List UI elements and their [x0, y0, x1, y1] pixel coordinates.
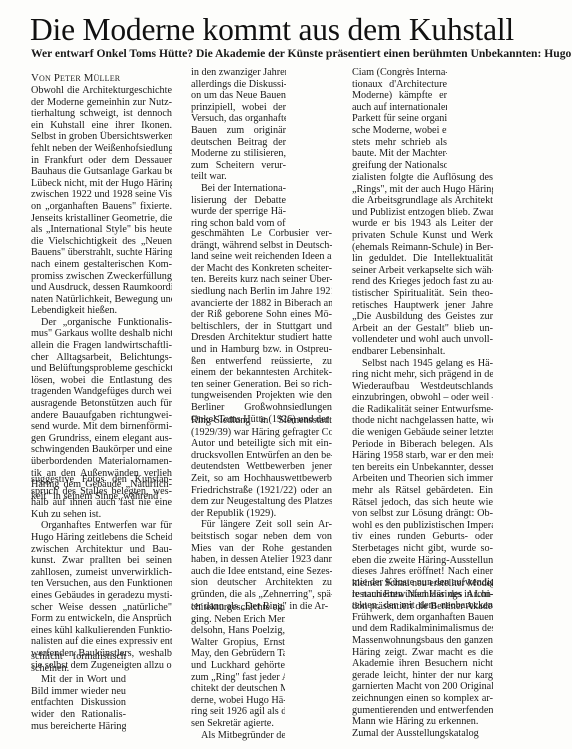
text-line: Massenwohnungsbaus den ganzen	[352, 635, 493, 647]
text-line: land seine weit reichenden Ideen an	[191, 251, 332, 263]
text-line: ring seit 1926 agil als des-	[191, 706, 285, 718]
text-line: „Rings", mit der auch Hugo Häring	[352, 184, 493, 196]
text-line: deutendsten Wettbewerben jener	[191, 461, 332, 473]
text-line: zwischen Architektur und Bau-	[31, 544, 172, 556]
text-line: Autor und beteiligte sich mit ein-	[191, 438, 332, 450]
text-line: derne, wobei Hugo Hä-	[191, 695, 285, 707]
text-line: nalisten auf die eines expressiv ent-	[31, 636, 172, 648]
text-line: deutschen Beitrag der	[191, 137, 286, 149]
text-line: fehlt neben der Weißenhofsiedlung	[31, 143, 172, 155]
text-line: Zumal der Ausstellungskatalog	[352, 728, 493, 740]
text-line: Mann wie Häring zu erkennen.	[352, 716, 493, 728]
text-line: gerade leicht, hinter der nur karg	[352, 670, 493, 682]
text-line: in den zwanziger Jahren	[191, 67, 286, 79]
text-line: die Vielschichtigkeit des „Neuen	[31, 236, 172, 248]
text-line: May, den Gebrüdern Taut	[191, 648, 285, 660]
text-line: die wenigen Gebäude seiner letzten	[352, 427, 493, 439]
text-line: beitstisch sogar neben dem von	[191, 531, 332, 543]
text-line: (ehemals Reimann-Schule) in Ber-	[352, 242, 493, 254]
text-line: und Ausdruck, dessen Raumkoordi-	[31, 282, 172, 294]
text-line: eines Gebäudes in geradezu mysti-	[31, 590, 172, 602]
text-line: andere Bauaufgaben richtungwei-	[31, 410, 172, 422]
text-line: Rätsel jedoch, das sich heute wie	[352, 497, 493, 509]
text-line: in Frankfurt oder dem Dessauer	[31, 155, 172, 167]
text-line: sion deutscher Architekten zu	[191, 577, 332, 589]
text-line: auch die Idee entstand, eine Sezes-	[191, 566, 332, 578]
text-line: überbordenden Materialornamen-	[31, 456, 172, 468]
text-line: allerdings die Diskussi-	[191, 79, 286, 91]
text-line: entfachten Diskussion	[31, 697, 126, 709]
text-line: Selbst nach 1945 gelang es Hä-	[352, 358, 493, 370]
text-line: eben die zweite Häring-Ausstellung	[352, 555, 493, 567]
column-3-block-c: mie der Künste nun den aufwendigrestauri…	[352, 577, 493, 739]
text-line: sche Moderne, wobei er	[352, 125, 447, 137]
text-line: mus" Garkaus wollte deshalb nicht	[31, 328, 172, 340]
text-line: mus bereicherte Häring	[31, 721, 126, 733]
text-line: scheinen.	[31, 663, 126, 675]
text-line: zahllosen, zumeist unverwirklich-	[31, 567, 172, 579]
text-line: Versuch, das organhafte	[191, 113, 286, 125]
text-line: Periode in Biberach belegen. Als	[352, 439, 493, 451]
text-line: Jenseits kristalliner Geometrie, die	[31, 213, 172, 225]
text-line: Ring-Siedlung in Siemensstadt	[191, 415, 332, 427]
text-line: und dem Radikalminimalismus des	[352, 623, 493, 635]
text-line: einem der bekanntesten Architek-	[191, 367, 332, 379]
text-line: der Moderne gemeinhin zur Nutz-	[31, 97, 172, 109]
text-line: Moderne) kämpfte er	[352, 90, 447, 102]
text-line: tragenden Wandgefüges durch weit	[31, 386, 172, 398]
text-line: delsohn, Hans Poelzig,	[191, 625, 285, 637]
text-line: gen Grundriss, einem elegant aus-	[31, 433, 172, 445]
text-line: kunst. Zwar prallten bei seinen	[31, 555, 172, 567]
text-line: der Macht des Konkreten scheiter-	[191, 263, 332, 275]
text-line: Zeit, so am Hochhauswettbewerb	[191, 473, 332, 485]
text-line: Bild immer wieder neu	[31, 686, 126, 698]
text-line: Bauens" überstrahlt, suchte Häring	[31, 247, 172, 259]
text-line: Bauhaus die Gutsanlage Garkau bei	[31, 166, 172, 178]
text-line: promiss zwischen Zweckerfüllung	[31, 271, 172, 283]
text-line: haben, in dessen Atelier 1923 dann	[191, 554, 332, 566]
text-line: allein die Fragen landwirtschaftli-	[31, 340, 172, 352]
text-line: stets mehr schrieb als	[352, 137, 447, 149]
text-line: baute. Mit der Machter-	[352, 148, 447, 160]
text-line: zum Scheitern verur-	[191, 160, 286, 172]
text-line: wurde er bis 1943 als Leiter der	[352, 218, 493, 230]
column-3-block-a: Ciam (Congrès Interna-tionaux d'Architec…	[352, 67, 447, 171]
column-1-block-a: Obwohl die Architekturgeschichteder Mode…	[31, 85, 172, 502]
text-line: greifung der Nationalso-	[352, 160, 447, 172]
text-line: Mies van der Rohe gestanden	[191, 543, 332, 555]
text-line: Lebendigkeit hießen.	[31, 305, 172, 317]
text-line: zialisten folgte die Auflösung des	[352, 172, 493, 184]
text-line: restaurierten Nachlass des Archi-	[352, 589, 493, 601]
text-line: drängt, während selbst in Deutsch-	[191, 240, 332, 252]
column-3-block-b: zialisten folgte die Auflösung des„Rings…	[352, 172, 493, 613]
text-line: Sterbetages nicht gibt, wurde so-	[352, 543, 493, 555]
text-line: Arbeit an der Gestalt" blieb un-	[352, 323, 493, 335]
text-line: ausragende Betonstützen auch für	[31, 398, 172, 410]
text-line: Berliner Großwohnsiedlungen	[191, 402, 332, 414]
text-line: tungweisenden Projekten wie den	[191, 390, 332, 402]
text-line: Als Mitbegründer des	[191, 730, 285, 742]
text-line: halb auf ihnen auch fast nie eine	[31, 497, 172, 509]
text-line: garnierten Macht von 200 Original-	[352, 681, 493, 693]
text-line: ten bereits ein Unbekannter, dessen	[352, 462, 493, 474]
text-line: und Belüftungsprobleme geschickt	[31, 363, 172, 375]
text-line: und Luckhard gehörte	[191, 660, 285, 672]
text-line: suggestive Fotos den Kunstan-	[31, 474, 172, 486]
text-line: tionaux d'Architecture	[352, 79, 447, 91]
column-2-block-b: geschmähten Le Corbusier ver-drängt, wäh…	[191, 228, 332, 425]
text-line: tiv eines runden Geburts- oder	[352, 531, 493, 543]
column-2-block-d: chitekturgeschichte ein-ging. Neben Eric…	[191, 602, 285, 741]
text-line: Mit der in Wort und	[31, 674, 126, 686]
text-line: vollendeter und wohl auch unvoll-	[352, 334, 493, 346]
text-line: lisierung der Debatte	[191, 195, 286, 207]
text-line: schlicht formalistisch	[31, 651, 126, 663]
text-line: geschmähten Le Corbusier ver-	[191, 228, 332, 240]
text-line: der Riß geborene Sohn eines Mö-	[191, 309, 332, 321]
text-line: als „International Style" bis heute	[31, 224, 172, 236]
text-line: avancierte der 1882 in Biberach an	[191, 298, 332, 310]
text-line: Parkett für seine organi-	[352, 113, 447, 125]
text-line: chitekt der deutschen Mo-	[191, 683, 285, 695]
text-line: beltischlers, der in Stuttgart und	[191, 321, 332, 333]
text-line: wurde der sperrige Hä-	[191, 206, 286, 218]
text-line: Bauen zum originär	[191, 125, 286, 137]
text-line: naten Natürlichkeit, Bewegung und	[31, 294, 172, 306]
text-line: Häring zeigt. Zwar macht es die	[352, 647, 493, 659]
text-line: mehr als Rätsel gebärdeten. Ein	[352, 485, 493, 497]
text-line: privaten Schule Kunst und Werk	[352, 230, 493, 242]
headline: Die Moderne kommt aus dem Kuhstall	[30, 14, 514, 46]
text-line: ten seiner Generation. Bei so rich-	[191, 379, 332, 391]
text-line: tekten, der mit dem neobarocken	[352, 600, 493, 612]
text-line: Kuh zu sehen ist.	[31, 509, 172, 521]
text-line: prinzipiell, wobei der	[191, 102, 286, 114]
text-line: Akademie ihren Besuchern nicht	[352, 658, 493, 670]
text-line: siedlung nach Berlin im Jahre 1921	[191, 286, 332, 298]
text-line: Frühwerk, dem organhaften Bauen	[352, 612, 493, 624]
text-line: Walter Gropius, Ernst	[191, 637, 285, 649]
text-line: Ciam (Congrès Interna-	[352, 67, 447, 79]
text-line: Organhaftes Entwerfen war für	[31, 520, 172, 532]
text-line: von selbst zur Lösung drängt: Ob-	[352, 508, 493, 520]
text-line: mie der Künste nun den aufwendig	[352, 577, 493, 589]
text-line: wohl es den publizistischen Impera-	[352, 520, 493, 532]
subheadline: Wer entwarf Onkel Toms Hütte? Die Akadem…	[31, 47, 572, 60]
text-line: send wurde. Mit dem birnenförmi-	[31, 421, 172, 433]
text-line: schwingenden Baukörper und einer	[31, 444, 172, 456]
text-line: thode nicht nachgelassen hatte, wie	[352, 415, 493, 427]
column-1-block-c: schlicht formalistischscheinen.Mit der i…	[31, 651, 126, 732]
text-line: und in Hamburg bzw. in Ostpreu-	[191, 344, 332, 356]
text-line: die Arbeitsgrundlage als Architekt	[352, 195, 493, 207]
text-line: spruch des Stalles belegten, wes-	[31, 486, 172, 498]
text-line: Form zu entwickeln, die Ansprüche	[31, 613, 172, 625]
text-line: cher Alltagsarbeit, Belichtungs-	[31, 352, 172, 364]
text-line: scher Weise dessen „natürliche"	[31, 602, 172, 614]
text-line: Für längere Zeit soll sein Ar-	[191, 519, 332, 531]
text-line: Moderne zu stilisieren,	[191, 148, 286, 160]
text-line: ein Kuhstall eine ihrer Ikonen.	[31, 120, 172, 132]
text-line: nach einem gestalterischen Kom-	[31, 259, 172, 271]
text-line: Der „organische Funktionalis-	[31, 317, 172, 329]
column-1-block-b: suggestive Fotos den Kunstan-spruch des …	[31, 474, 172, 671]
text-line: Hugo Häring zeitlebens die Scheide	[31, 532, 172, 544]
byline: Von Peter Müller	[31, 72, 120, 84]
text-line: Arbeiten und Theorien sich immer	[352, 473, 493, 485]
text-line: Friedrichstraße (1921/22) oder an	[191, 485, 332, 497]
text-line: seiner Arbeit verkapselte sich wäh-	[352, 265, 493, 277]
text-line: Dresden Architektur studiert hatte	[191, 332, 332, 344]
text-line: und Publizist entzogen blieb. Zwar	[352, 207, 493, 219]
text-line: ring nicht mehr, sich prägend in den	[352, 369, 493, 381]
text-line: zeichnungen einen so komplex ar-	[352, 693, 493, 705]
text-line: einzubringen, obwohl – oder weil –	[352, 392, 493, 404]
text-line: lösen, wobei die Entlastung des	[31, 375, 172, 387]
text-line: Obwohl die Architekturgeschichte	[31, 85, 172, 97]
text-line: lin geduldet. Die Intellektualität	[352, 253, 493, 265]
text-line: chitekturgeschichte ein-	[191, 602, 285, 614]
text-line: tistischer Spiritualität. Sein theo-	[352, 288, 493, 300]
text-line: „Die Ausbildung des Geistes zur	[352, 311, 493, 323]
text-line: teilt war.	[191, 171, 286, 183]
text-line: ßen entwerfend reüssierte, zu	[191, 356, 332, 368]
text-line: retisches Hauptwerk jener Jahre	[352, 300, 493, 312]
text-line: ten Versuchen, aus den Funktionen	[31, 578, 172, 590]
column-2-block-a: in den zwanziger Jahrenallerdings die Di…	[191, 67, 286, 229]
column-2-block-c: Ring-Siedlung in Siemensstadt(1929/39) w…	[191, 415, 332, 612]
text-line: Häring 1958 starb, war er den meis-	[352, 450, 493, 462]
text-line: sen Sekretär agierte.	[191, 718, 285, 730]
text-line: (1929/39) war Häring gefragter Co-	[191, 427, 332, 439]
text-line: dem zur Neugestaltung des Platzes	[191, 496, 332, 508]
text-line: zum „Ring" fast jeder Ar-	[191, 672, 285, 684]
text-line: wider den Rationalis-	[31, 709, 126, 721]
text-line: eines kühl kalkulierenden Funktio-	[31, 625, 172, 637]
text-line: Selbst in groben Übersichtswerken	[31, 131, 172, 143]
text-line: gumentierenden und entwerfenden	[352, 705, 493, 717]
text-line: auch auf internationalem	[352, 102, 447, 114]
text-line: on „organhaften Bauens" fixierte.	[31, 201, 172, 213]
text-line: Bei der Internationa-	[191, 183, 286, 195]
text-line: rend des Krieges jedoch fast zu au-	[352, 276, 493, 288]
text-line: drucksvollen Entwürfen an den be-	[191, 450, 332, 462]
text-line: gründen, die als „Zehnerring", spä-	[191, 589, 332, 601]
text-line: Wiederaufbau Westdeutschlands	[352, 381, 493, 393]
text-line: ging. Neben Erich Men-	[191, 614, 285, 626]
text-line: zwischen 1922 und 1928 seine Visi-	[31, 189, 172, 201]
text-line: endbarer Lebensinhalt.	[352, 346, 493, 358]
text-line: Lübeck nicht, mit der Hugo Häring	[31, 178, 172, 190]
text-line: die Radikalität seiner Entwurfsme-	[352, 404, 493, 416]
text-line: tierhaltung schweigt, ist dennoch	[31, 108, 172, 120]
text-line: ten. Bereits kurz nach seiner Über-	[191, 274, 332, 286]
text-line: on um das Neue Bauen	[191, 90, 286, 102]
text-line: der Republik (1929).	[191, 508, 332, 520]
